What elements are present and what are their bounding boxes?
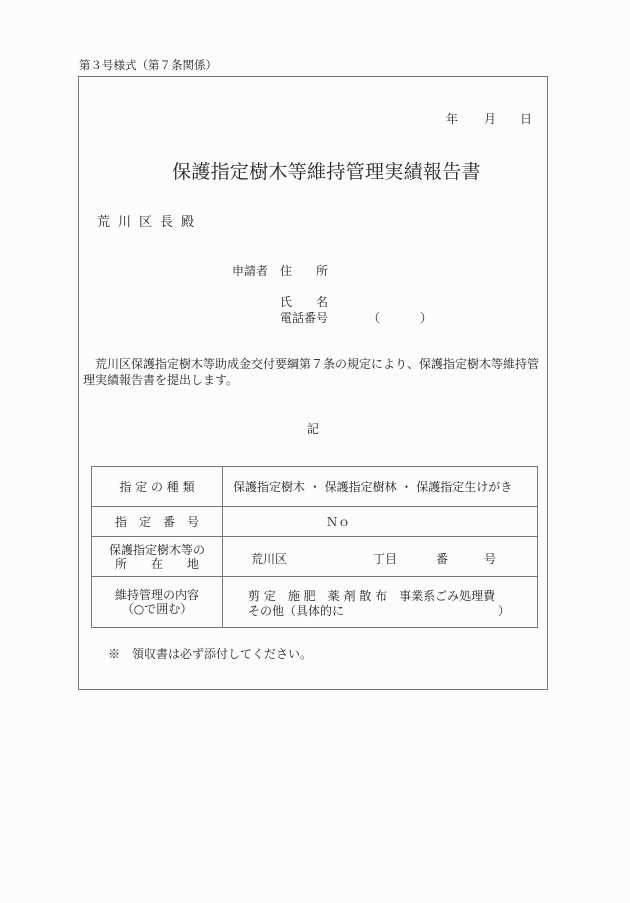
ki-heading: 記	[307, 420, 319, 437]
table-row-designation-type: 指 定 の 種 類 保護指定樹木 ・ 保護指定樹林 ・ 保護指定生けがき	[92, 467, 538, 507]
applicant-phone-label: 電話番号	[280, 309, 328, 326]
receipt-note: ※ 領収書は必ず添付してください。	[108, 645, 312, 662]
location-go: 号	[484, 550, 496, 567]
table-row-designation-number: 指 定 番 号 Ｎｏ	[92, 507, 538, 537]
location-ward: 荒川区	[251, 550, 287, 567]
maintenance-options-line2: その他（具体的に	[248, 602, 344, 619]
form-number-label: 第３号様式（第７条関係）	[79, 57, 217, 73]
details-table: 指 定 の 種 類 保護指定樹木 ・ 保護指定樹林 ・ 保護指定生けがき 指 定…	[91, 466, 538, 628]
applicant-name-label: 氏 名	[280, 293, 328, 310]
phone-paren-open: （	[368, 309, 380, 326]
maintenance-options: 剪 定 施 肥 薬 剤 散 布 事業系ごみ処理費 その他（具体的に ）	[223, 577, 538, 628]
location-chome: 丁目	[373, 550, 397, 567]
maintenance-label-line1: 維持管理の内容	[92, 588, 222, 602]
phone-paren-close: ）	[420, 309, 432, 326]
table-row-location: 保護指定樹木等の 所 在 地 荒川区 丁目 番 号	[92, 537, 538, 577]
applicant-role-label: 申請者	[232, 262, 268, 279]
location-label-line1: 保護指定樹木等の	[92, 543, 222, 557]
designation-number-label: 指 定 番 号	[92, 507, 223, 537]
designation-type-value: 保護指定樹木 ・ 保護指定樹林 ・ 保護指定生けがき	[223, 467, 538, 507]
body-text: 荒川区保護指定樹木等助成金交付要綱第７条の規定により、保護指定樹木等維持管理実績…	[83, 356, 543, 388]
maintenance-label: 維持管理の内容 （○で囲む）	[92, 577, 223, 628]
location-label: 保護指定樹木等の 所 在 地	[92, 537, 223, 577]
designation-type-label: 指 定 の 種 類	[92, 467, 223, 507]
maintenance-label-line2: （○で囲む）	[92, 602, 222, 616]
table-row-maintenance: 維持管理の内容 （○で囲む） 剪 定 施 肥 薬 剤 散 布 事業系ごみ処理費 …	[92, 577, 538, 628]
date-year-label: 年	[446, 110, 458, 127]
maintenance-options-close: ）	[498, 602, 510, 619]
document-title: 保護指定樹木等維持管理実績報告書	[172, 157, 481, 184]
applicant-address-label: 住 所	[280, 262, 328, 279]
addressee: 荒川区長殿	[97, 211, 202, 230]
location-ban: 番	[436, 550, 448, 567]
location-label-line2: 所 在 地	[92, 557, 222, 571]
location-value: 荒川区 丁目 番 号	[223, 537, 538, 577]
date-day-label: 日	[520, 110, 532, 127]
designation-number-value: Ｎｏ	[223, 507, 538, 537]
date-month-label: 月	[484, 110, 496, 127]
